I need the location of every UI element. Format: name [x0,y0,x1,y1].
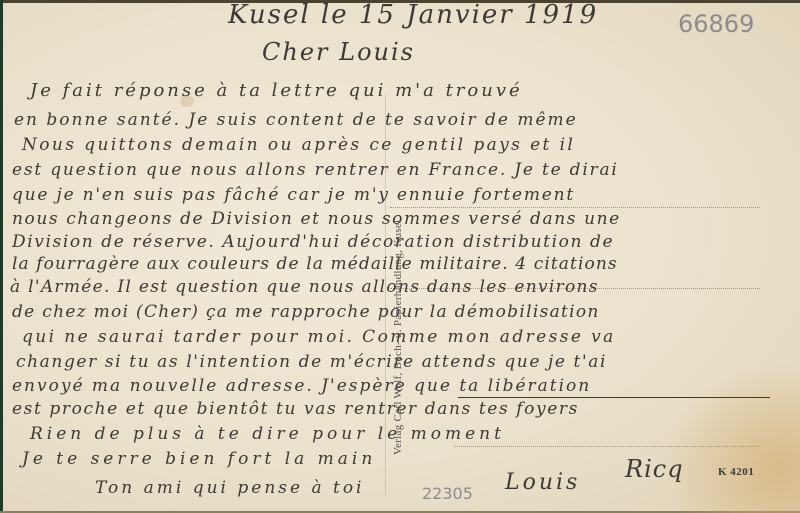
body-line-16: Je te serre bien fort la main [22,449,376,469]
closing-line: Ton ami qui pense à toi [95,478,365,498]
card-left-edge [0,0,3,513]
address-line-3 [455,446,760,447]
body-line-6: nous changeons de Division et nous somme… [12,209,621,229]
body-line-5: que je n'en suis pas fâché car je m'y en… [12,185,575,205]
body-line-1: Je fait réponse à ta lettre qui m'a trou… [30,80,523,101]
age-stain [660,363,800,513]
body-line-10: de chez moi (Cher) ça me rapproche pour … [12,302,600,322]
signature-first-name: Louis [505,470,580,495]
salutation: Cher Louis [262,38,415,66]
place-date: Kusel le 15 Janvier 1919 [228,0,598,30]
publisher-imprint: Verlag Carl Wolf, Buch- u. Papierhandlun… [392,220,404,455]
underline-hope [458,397,770,398]
body-line-9: à l'Armée. Il est question que nous allo… [10,277,599,297]
signature-surname: Ricq [625,455,684,483]
body-line-15: Rien de plus à te dire pour le moment [30,424,505,444]
archive-number-bottom: 22305 [422,484,473,503]
body-line-13: envoyé ma nouvelle adresse. J'espère que… [12,376,591,396]
body-line-3: Nous quittons demain ou après ce gentil … [22,135,575,155]
body-line-8: la fourragère aux couleurs de la médaill… [12,254,618,274]
card-print-code: K 4201 [718,466,754,478]
address-line-1 [390,207,760,208]
body-line-12: changer si tu as l'intention de m'écrire… [16,352,607,372]
body-line-14: est proche et que bientôt tu vas rentrer… [12,399,579,419]
body-line-7: Division de réserve. Aujourd'hui décorat… [12,232,614,252]
archive-number-top: 66869 [678,10,754,38]
body-line-2: en bonne santé. Je suis content de te sa… [14,110,578,130]
postcard-back: Kusel le 15 Janvier 1919 Cher Louis 6686… [0,0,800,513]
body-line-4: est question que nous allons rentrer en … [12,160,619,180]
body-line-11: qui ne saurai tarder pour moi. Comme mon… [22,327,616,347]
